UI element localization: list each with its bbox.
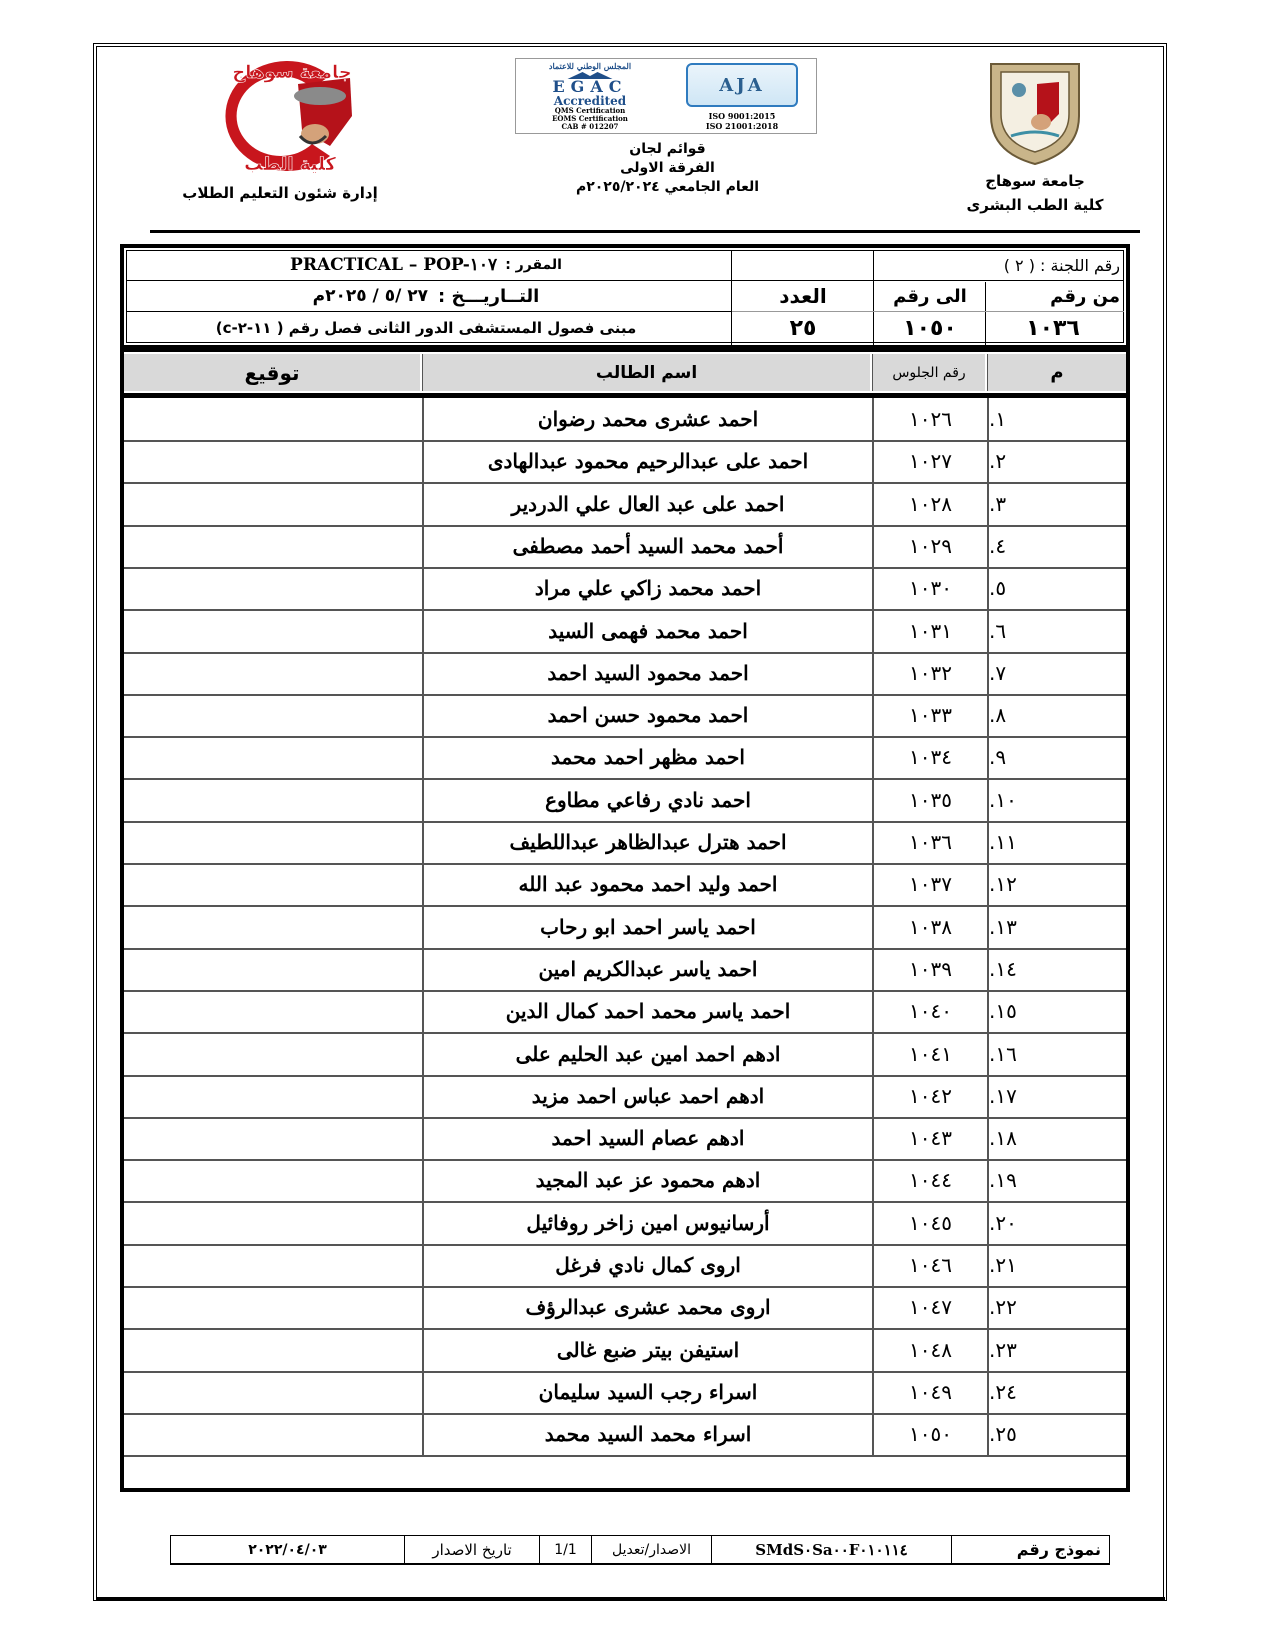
signature-cell[interactable] [124,863,422,905]
signature-cell[interactable] [124,948,422,990]
exam-location: مبنى فصول المستشفى الدور الثانى فصل رقم … [126,312,726,344]
row-number: ١. [987,398,1126,440]
row-number: ١٥. [987,990,1126,1032]
row-number: ٢٤. [987,1371,1126,1413]
aja-globe-logo: AJA [686,63,798,107]
student-name: احمد نادي رفاعي مطاوع [422,779,872,821]
table-row: ٢.١٠٢٧احمد على عبدالرحيم محمود عبدالهادى [124,440,1126,484]
signature-cell[interactable] [124,1159,422,1201]
committee-number: رقم اللجنة : ( ٢ ) [874,250,1120,280]
student-name: ادهم محمود عز عبد المجيد [422,1159,872,1201]
date-field: التــاريـــخ : ٢٧ /٥ / ٢٠٢٥م [126,281,726,311]
course-label: المقرر : [505,257,562,273]
table-row: ١٥.١٠٤٠احمد ياسر محمد احمد كمال الدين [124,990,1126,1034]
seat-number: ١٠٢٩ [872,525,987,567]
table-row: ١٠.١٠٣٥احمد نادي رفاعي مطاوع [124,779,1126,823]
seat-number: ١٠٣٧ [872,863,987,905]
student-name: اسراء محمد السيد محمد [422,1413,872,1455]
table-row: ٨.١٠٣٣احمد محمود حسن احمد [124,694,1126,738]
seat-number: ١٠٥٠ [872,1413,987,1455]
table-row: ١.١٠٢٦احمد عشرى محمد رضوان [124,398,1126,442]
student-name: احمد هترل عبدالظاهر عبداللطيف [422,821,872,863]
issue-date-label: تاريخ الاصدار [404,1536,539,1563]
row-number: ٢٠. [987,1202,1126,1244]
seat-number: ١٠٤٠ [872,990,987,1032]
egac-title: EGAC [552,79,627,95]
issue-date-value: ٢٠٢٢/٠٤/٠٣ [171,1536,404,1563]
seat-number: ١٠٣٣ [872,694,987,736]
from-number-value: ١٠٣٦ [986,312,1120,344]
signature-cell[interactable] [124,821,422,863]
row-number: ٥. [987,567,1126,609]
signature-cell[interactable] [124,1033,422,1075]
svg-text:جامعة سوهاج: جامعة سوهاج [232,62,351,83]
svg-text:كلية الطب: كلية الطب [244,154,336,175]
student-name: احمد وليد احمد محمود عبد الله [422,863,872,905]
student-name: احمد على عبدالرحيم محمود عبدالهادى [422,440,872,482]
student-name: ادهم عصام السيد احمد [422,1117,872,1159]
header-seat-number: رقم الجلوس [872,354,985,391]
row-number: ١١. [987,821,1126,863]
signature-cell[interactable] [124,440,422,482]
row-number: ٢٢. [987,1286,1126,1328]
table-row: ٦.١٠٣١احمد محمد فهمى السيد [124,610,1126,654]
table-row: ١٧.١٠٤٢ادهم احمد عباس احمد مزيد [124,1075,1126,1119]
row-number: ٢٥. [987,1413,1126,1455]
count-label: العدد [732,281,874,311]
header-signature: توقيع [124,354,420,391]
sohag-university-logo [985,56,1085,166]
row-number: ١٢. [987,863,1126,905]
table-row: ٢٤.١٠٤٩اسراء رجب السيد سليمان [124,1371,1126,1415]
aja-title: AJA [719,75,764,96]
faculty-header: جامعة سوهاج كلية الطب إدارة شئون التعليم… [170,56,390,202]
signature-cell[interactable] [124,1117,422,1159]
signature-cell[interactable] [124,1371,422,1413]
table-row: ١٤.١٠٣٩احمد ياسر عبدالكريم امين [124,948,1126,992]
table-row: ٩.١٠٣٤احمد مظهر احمد محمد [124,736,1126,780]
faculty-name: كلية الطب البشرى [960,196,1110,214]
signature-cell[interactable] [124,1286,422,1328]
title-line: الفرقة الاولى [515,159,820,178]
student-name: احمد محمد زاكي علي مراد [422,567,872,609]
row-number: ٤. [987,525,1126,567]
student-name: احمد ياسر عبدالكريم امين [422,948,872,990]
table-row: ٢٣.١٠٤٨استيفن بيتر ضبع غالى [124,1329,1126,1373]
row-number: ١٦. [987,1033,1126,1075]
signature-cell[interactable] [124,1329,422,1371]
header-num: م [987,354,1126,391]
seat-number: ١٠٤٢ [872,1075,987,1117]
row-number: ١٠. [987,779,1126,821]
row-number: ٢٣. [987,1329,1126,1371]
student-name: احمد محمد فهمى السيد [422,610,872,652]
row-number: ٨. [987,694,1126,736]
date-value: ٢٧ /٥ / ٢٠٢٥م [313,286,428,306]
iso-line: ISO 9001:2015 [709,111,776,121]
seat-number: ١٠٢٨ [872,483,987,525]
table-header: م رقم الجلوس اسم الطالب توقيع [124,352,1126,398]
table-row: ٥.١٠٣٠احمد محمد زاكي علي مراد [124,567,1126,611]
version-label: الاصدار/تعديل [591,1536,711,1563]
table-row: ١٦.١٠٤١ادهم احمد امين عبد الحليم على [124,1033,1126,1077]
student-name: ادهم احمد عباس احمد مزيد [422,1075,872,1117]
seat-number: ١٠٣٨ [872,906,987,948]
seat-number: ١٠٤٨ [872,1329,987,1371]
signature-cell[interactable] [124,483,422,525]
table-row: ١٨.١٠٤٣ادهم عصام السيد احمد [124,1117,1126,1161]
seat-number: ١٠٣١ [872,610,987,652]
seat-number: ١٠٣٩ [872,948,987,990]
signature-cell[interactable] [124,610,422,652]
table-row: ١٣.١٠٣٨احمد ياسر احمد ابو رحاب [124,906,1126,950]
to-number-label: الى رقم [874,281,986,311]
table-row: ٧.١٠٣٢احمد محمود السيد احمد [124,652,1126,696]
seat-number: ١٠٤٧ [872,1286,987,1328]
signature-cell[interactable] [124,990,422,1032]
seat-number: ١٠٣٥ [872,779,987,821]
course-field: المقرر : PRACTICAL – POP-١٠٧ [126,250,726,280]
header-divider [150,230,1140,233]
document-header: المجلس الوطني للاعتماد EGAC Accredited Q… [515,58,820,197]
to-number-value: ١٠٥٠ [874,312,986,344]
table-row: ١١.١٠٣٦احمد هترل عبدالظاهر عبداللطيف [124,821,1126,865]
student-name: احمد عشرى محمد رضوان [422,398,872,440]
table-row: ٢٥.١٠٥٠اسراء محمد السيد محمد [124,1413,1126,1457]
title-line: قوائم لجان [515,140,820,159]
from-number-label: من رقم [986,281,1120,311]
row-number: ١٩. [987,1159,1126,1201]
signature-cell[interactable] [124,906,422,948]
form-number-value: SMdS٠Sa٠٠F٠١٠١١٤ [711,1536,951,1563]
signature-cell[interactable] [124,567,422,609]
signature-cell[interactable] [124,736,422,778]
signature-cell[interactable] [124,779,422,821]
row-number: ١٨. [987,1117,1126,1159]
student-name: احمد محمود حسن احمد [422,694,872,736]
student-name: احمد مظهر احمد محمد [422,736,872,778]
committee-info-box: رقم اللجنة : ( ٢ ) المقرر : PRACTICAL – … [120,244,1130,349]
table-row: ٣.١٠٢٨احمد على عبد العال علي الدردير [124,483,1126,527]
table-row: ١٢.١٠٣٧احمد وليد احمد محمود عبد الله [124,863,1126,907]
version-value: 1/1 [539,1536,591,1563]
table-row: ١٩.١٠٤٤ادهم محمود عز عبد المجيد [124,1159,1126,1203]
student-name: احمد ياسر محمد احمد كمال الدين [422,990,872,1032]
date-label: التــاريـــخ : [438,286,539,307]
student-name: استيفن بيتر ضبع غالى [422,1329,872,1371]
student-name: احمد على عبد العال علي الدردير [422,483,872,525]
row-number: ١٤. [987,948,1126,990]
university-name: جامعة سوهاج [960,172,1110,190]
table-row: ٤.١٠٢٩أحمد محمد السيد أحمد مصطفى [124,525,1126,569]
signature-cell[interactable] [124,1202,422,1244]
seat-number: ١٠٣٠ [872,567,987,609]
document-title: قوائم لجان الفرقة الاولى العام الجامعي ٢… [515,140,820,197]
seat-number: ١٠٤٦ [872,1244,987,1286]
university-header: جامعة سوهاج كلية الطب البشرى [960,56,1110,214]
row-number: ٢١. [987,1244,1126,1286]
header-student-name: اسم الطالب [422,354,870,391]
seat-number: ١٠٤٣ [872,1117,987,1159]
egac-certification: المجلس الوطني للاعتماد EGAC Accredited Q… [520,61,660,131]
seat-number: ١٠٢٧ [872,440,987,482]
aja-certification: AJA ISO 9001:2015 ISO 21001:2018 [672,61,812,131]
signature-cell[interactable] [124,398,422,440]
students-table: م رقم الجلوس اسم الطالب توقيع ١.١٠٢٦احمد… [120,349,1130,1492]
seat-number: ١٠٤٤ [872,1159,987,1201]
seat-number: ١٠٣٢ [872,652,987,694]
iso-line: ISO 21001:2018 [706,121,778,131]
course-value: PRACTICAL – POP-١٠٧ [290,255,497,275]
row-number: ٩. [987,736,1126,778]
row-number: ٣. [987,483,1126,525]
page-frame-shadow [96,1597,1165,1600]
egac-arabic-caption: المجلس الوطني للاعتماد [549,61,631,71]
row-number: ١٣. [987,906,1126,948]
student-name: اسراء رجب السيد سليمان [422,1371,872,1413]
form-number-label: نموذج رقم [951,1536,1109,1563]
student-name: أحمد محمد السيد أحمد مصطفى [422,525,872,567]
table-row: ٢١.١٠٤٦اروى كمال نادي فرغل [124,1244,1126,1288]
seat-number: ١٠٣٤ [872,736,987,778]
seat-number: ١٠٣٦ [872,821,987,863]
student-name: اروى محمد عشرى عبدالرؤف [422,1286,872,1328]
row-number: ٢. [987,440,1126,482]
seat-number: ١٠٤٥ [872,1202,987,1244]
seat-number: ١٠٤٩ [872,1371,987,1413]
signature-cell[interactable] [124,652,422,694]
student-name: ادهم احمد امين عبد الحليم على [422,1033,872,1075]
row-number: ١٧. [987,1075,1126,1117]
form-footer: نموذج رقم SMdS٠Sa٠٠F٠١٠١١٤ الاصدار/تعديل… [170,1535,1110,1565]
title-line: العام الجامعي ٢٠٢٥/٢٠٢٤م [515,178,820,197]
table-row: ٢٠.١٠٤٥أرسانيوس امين زاخر روفائيل [124,1202,1126,1246]
signature-cell[interactable] [124,1075,422,1117]
signature-cell[interactable] [124,1244,422,1286]
seat-number: ١٠٢٦ [872,398,987,440]
student-name: أرسانيوس امين زاخر روفائيل [422,1202,872,1244]
row-number: ٦. [987,610,1126,652]
department-label: إدارة شئون التعليم الطلاب [170,184,390,202]
student-name: احمد محمود السيد احمد [422,652,872,694]
row-number: ٧. [987,652,1126,694]
student-name: اروى كمال نادي فرغل [422,1244,872,1286]
count-value: ٢٥ [732,312,874,344]
egac-line: CAB # 012207 [562,123,619,131]
faculty-of-medicine-logo: جامعة سوهاج كلية الطب [180,56,380,176]
certification-logos: المجلس الوطني للاعتماد EGAC Accredited Q… [515,58,817,134]
seat-number: ١٠٤١ [872,1033,987,1075]
student-name: احمد ياسر احمد ابو رحاب [422,906,872,948]
table-row: ٢٢.١٠٤٧اروى محمد عشرى عبدالرؤف [124,1286,1126,1330]
signature-cell[interactable] [124,1413,422,1455]
signature-cell[interactable] [124,694,422,736]
signature-cell[interactable] [124,525,422,567]
